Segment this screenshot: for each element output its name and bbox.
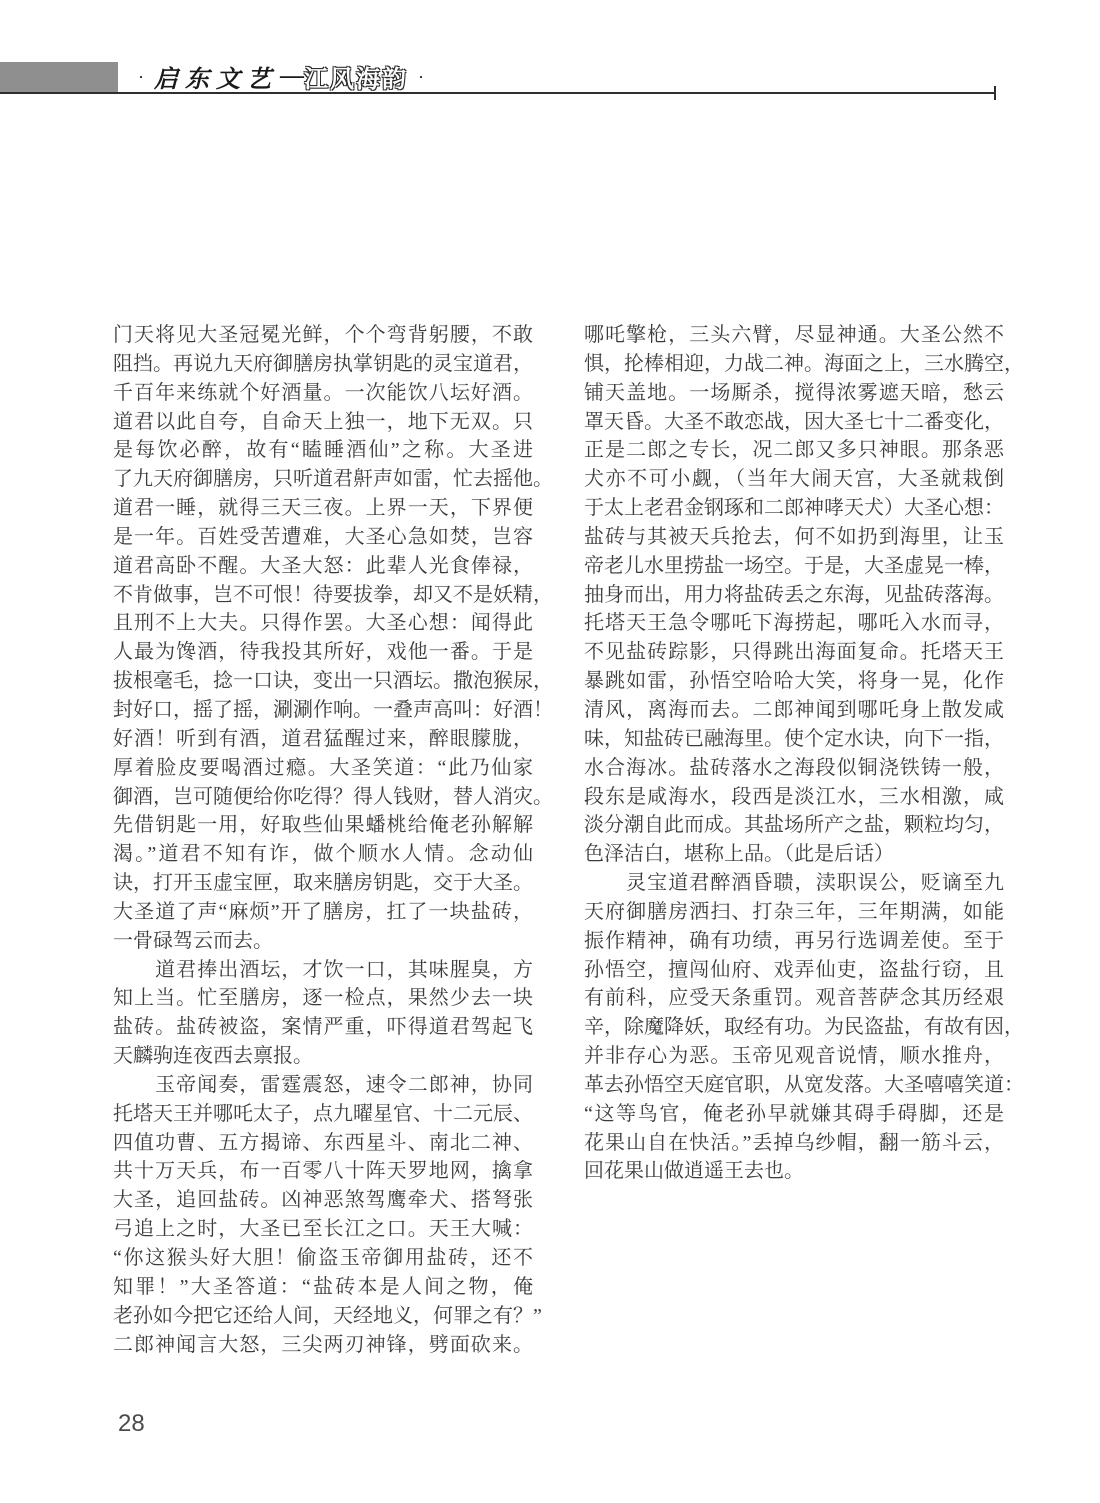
text-line: 犬亦不可小觑，（当年大闹天宫，大圣就栽倒 — [584, 465, 1004, 494]
header-title-script: 启东文艺 — [154, 59, 278, 94]
text-line: 道君以此自夸，自命天上独一，地下无双。只 — [113, 408, 533, 437]
page-number: 28 — [118, 1410, 145, 1438]
text-line: 一骨碌驾云而去。 — [113, 927, 533, 956]
header-title-dash: — — [280, 63, 304, 90]
text-line: 四值功曹、五方揭谛、东西星斗、南北二神、 — [113, 1129, 533, 1158]
text-line: 回花果山做逍遥王去也。 — [584, 1157, 1004, 1186]
text-line: 清风，离海而去。二郎神闻到哪吒身上散发咸 — [584, 696, 1004, 725]
text-line: 天府御膳房洒扫、打杂三年，三年期满，如能 — [584, 898, 1004, 927]
text-line: 天麟驹连夜西去禀报。 — [113, 1042, 533, 1071]
text-line: 托塔天王急令哪吒下海捞起，哪吒入水而寻， — [584, 609, 1004, 638]
text-line: 人最为馋酒，待我投其所好，戏他一番。于是 — [113, 638, 533, 667]
header-rule-divider — [0, 92, 996, 94]
page-header-title: · 启东文艺 — 江风海韵 · — [128, 60, 434, 92]
article-left-column: 门天将见大圣冠冕光鲜，个个弯背躬腰，不敢阻挡。再说九天府御膳房执掌钥匙的灵宝道君… — [113, 321, 533, 1359]
text-line: 盐砖与其被天兵抢去，何不如扔到海里，让玉 — [584, 523, 1004, 552]
text-line: 是每饮必醉，故有“瞌睡酒仙”之称。大圣进 — [113, 436, 533, 465]
text-line: 弓追上之时，大圣已至长江之口。天王大喊： — [113, 1215, 533, 1244]
magazine-page: · 启东文艺 — 江风海韵 · 门天将见大圣冠冕光鲜，个个弯背躬腰，不敢阻挡。再… — [0, 0, 1100, 1503]
text-line: 有前科，应受天条重罚。观音菩萨念其历经艰 — [584, 984, 1004, 1013]
text-line: “你这猴头好大胆！偷盗玉帝御用盐砖，还不 — [113, 1244, 533, 1273]
text-line: 先借钥匙一用，好取些仙果蟠桃给俺老孙解解 — [113, 811, 533, 840]
text-line: 色泽洁白，堪称上品。（此是后话） — [584, 840, 1004, 869]
text-line: 托塔天王并哪吒太子，点九曜星官、十二元辰、 — [113, 1100, 533, 1129]
text-line: 玉帝闻奏，雷霆震怒，速令二郎神，协同 — [113, 1071, 533, 1100]
text-line: 知罪！”大圣答道：“盐砖本是人间之物，俺 — [113, 1273, 533, 1302]
text-line: 千百年来练就个好酒量。一次能饮八坛好酒。 — [113, 379, 533, 408]
header-bullet-right: · — [408, 66, 434, 87]
text-line: 厚着脸皮要喝酒过瘾。大圣笑道：“此乃仙家 — [113, 754, 533, 783]
text-line: 罩天昏。大圣不敢恋战，因大圣七十二番变化， — [584, 408, 1004, 437]
text-line: 二郎神闻言大怒，三尖两刃神锋，劈面砍来。 — [113, 1331, 533, 1360]
text-line: 味，知盐砖已融海里。使个定水诀，向下一指， — [584, 725, 1004, 754]
text-line: 道君高卧不醒。大圣大怒：此辈人光食俸禄， — [113, 552, 533, 581]
text-line: 封好口，摇了摇，涮涮作响。一叠声高叫：好酒！ — [113, 696, 533, 725]
text-line: 灵宝道君醉酒昏聩，渎职误公，贬谪至九 — [584, 869, 1004, 898]
text-line: 门天将见大圣冠冕光鲜，个个弯背躬腰，不敢 — [113, 321, 533, 350]
text-line: 淡分潮自此而成。其盐场所产之盐，颗粒均匀， — [584, 811, 1004, 840]
text-line: 革去孙悟空天庭官职，从宽发落。大圣嘻嘻笑道： — [584, 1071, 1004, 1100]
text-line: 阻挡。再说九天府御膳房执掌钥匙的灵宝道君， — [113, 350, 533, 379]
text-line: 段东是咸海水，段西是淡江水，三水相激，咸 — [584, 783, 1004, 812]
text-line: 且刑不上大夫。只得作罢。大圣心想：闻得此 — [113, 609, 533, 638]
text-line: 道君一睡，就得三天三夜。上界一天，下界便 — [113, 494, 533, 523]
text-line: 共十万天兵，布一百零八十阵天罗地网，擒拿 — [113, 1157, 533, 1186]
text-line: 孙悟空，擅闯仙府、戏弄仙吏，盗盐行窃，且 — [584, 956, 1004, 985]
text-line: 铺天盖地。一场厮杀，搅得浓雾遮天暗，愁云 — [584, 379, 1004, 408]
text-line: 于太上老君金钢琢和二郎神哮天犬）大圣心想： — [584, 494, 1004, 523]
text-line: 不见盐砖踪影，只得跳出海面复命。托塔天王 — [584, 638, 1004, 667]
text-line: 花果山自在快活。”丢掉乌纱帽，翻一筋斗云， — [584, 1129, 1004, 1158]
article-right-column: 哪吒擎枪，三头六臂，尽显神通。大圣公然不惧，抡棒相迎，力战二神。海面之上，三水腾… — [584, 321, 1004, 1186]
text-line: 不肯做事，岂不可恨！待要拔拳，却又不是妖精， — [113, 581, 533, 610]
text-line: 盐砖。盐砖被盗，案情严重，吓得道君驾起飞 — [113, 1013, 533, 1042]
text-line: 水合海冰。盐砖落水之海段似铜浇铁铸一般， — [584, 754, 1004, 783]
text-line: 帝老儿水里捞盐一场空。于是，大圣虚晃一棒， — [584, 552, 1004, 581]
header-bullet-left: · — [128, 66, 154, 87]
text-line: 拔根毫毛，捻一口诀，变出一只酒坛。撒泡猴尿， — [113, 667, 533, 696]
text-line: 惧，抡棒相迎，力战二神。海面之上，三水腾空， — [584, 350, 1004, 379]
text-line: 正是二郎之专长，况二郎又多只神眼。那条恶 — [584, 436, 1004, 465]
text-line: 了九天府御膳房，只听道君鼾声如雷，忙去摇他。 — [113, 465, 533, 494]
text-line: 御酒，岂可随便给你吃得？得人钱财，替人消灾。 — [113, 783, 533, 812]
text-line: 抽身而出，用力将盐砖丢之东海，见盐砖落海。 — [584, 581, 1004, 610]
text-line: “这等鸟官，俺老孙早就嫌其碍手碍脚，还是 — [584, 1100, 1004, 1129]
text-line: 大圣，追回盐砖。凶神恶煞驾鹰牵犬、搭弩张 — [113, 1186, 533, 1215]
text-line: 辛，除魔降妖，取经有功。为民盗盐，有故有因， — [584, 1013, 1004, 1042]
text-line: 老孙如今把它还给人间，天经地义，何罪之有？” — [113, 1302, 533, 1331]
header-rule-tick-mark — [994, 86, 996, 100]
text-line: 知上当。忙至膳房，逐一检点，果然少去一块 — [113, 984, 533, 1013]
text-line: 好酒！听到有酒，道君猛醒过来，醉眼朦胧， — [113, 725, 533, 754]
text-line: 暴跳如雷，孙悟空哈哈大笑，将身一晃，化作 — [584, 667, 1004, 696]
header-accent-block — [0, 62, 118, 93]
text-line: 振作精神，确有功绩，再另行选调差使。至于 — [584, 927, 1004, 956]
header-title-outline: 江风海韵 — [304, 59, 408, 94]
text-line: 并非存心为恶。玉帝见观音说情，顺水推舟， — [584, 1042, 1004, 1071]
text-line: 渴。”道君不知有诈，做个顺水人情。念动仙 — [113, 840, 533, 869]
text-line: 哪吒擎枪，三头六臂，尽显神通。大圣公然不 — [584, 321, 1004, 350]
text-line: 大圣道了声“麻烦”开了膳房，扛了一块盐砖， — [113, 898, 533, 927]
text-line: 诀，打开玉虚宝匣，取来膳房钥匙，交于大圣。 — [113, 869, 533, 898]
text-line: 道君捧出酒坛，才饮一口，其味腥臭，方 — [113, 956, 533, 985]
text-line: 是一年。百姓受苦遭难，大圣心急如焚，岂容 — [113, 523, 533, 552]
